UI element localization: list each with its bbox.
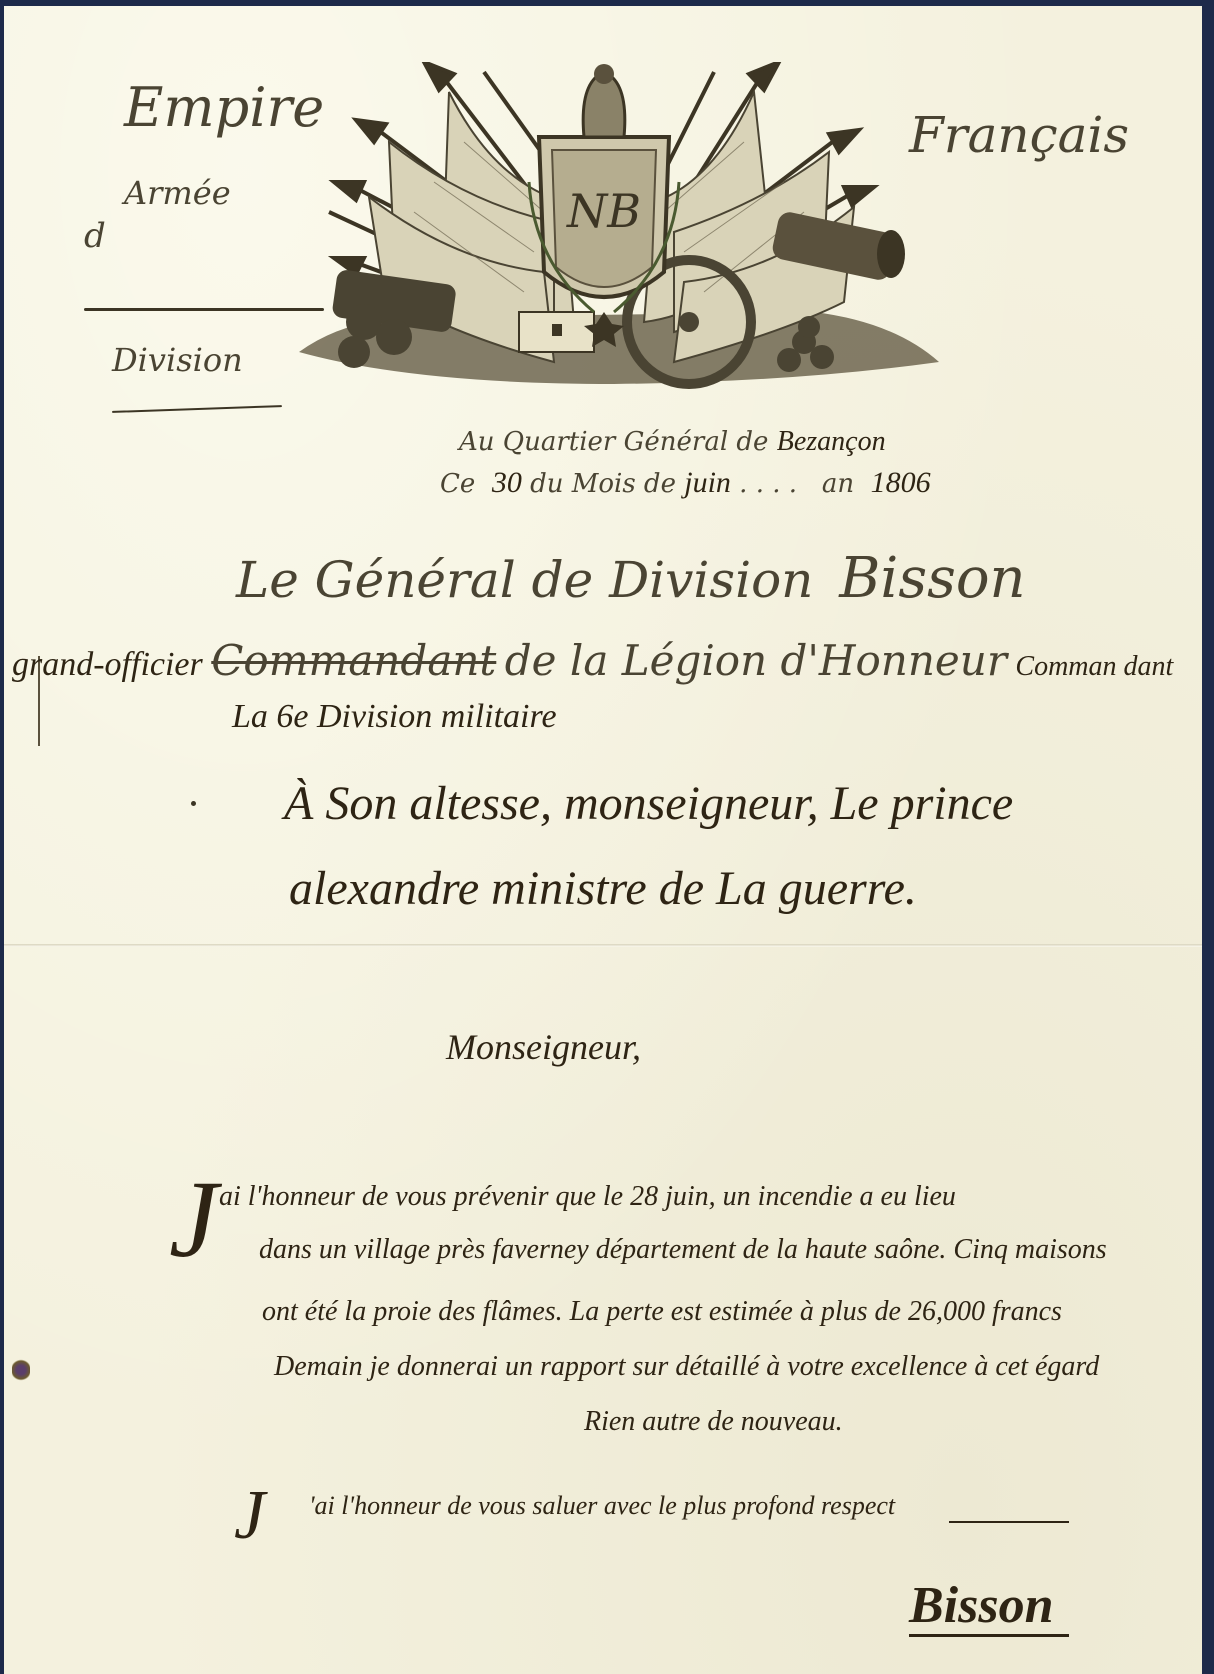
signature: Bisson xyxy=(909,1576,1054,1635)
date-line: Ce 30 du Mois de juin . . . . an 1806 xyxy=(440,466,931,500)
sender-name: Bisson xyxy=(839,546,1025,611)
closing-line: 'ai l'honneur de vous saluer avec le plu… xyxy=(309,1491,895,1521)
sender-title: Le Général de Division xyxy=(236,551,813,609)
date-dots: . . . . xyxy=(739,469,797,499)
headquarters-place: Bezançon xyxy=(777,426,886,457)
closing-initial: J xyxy=(234,1476,265,1556)
letterhead-division: Division xyxy=(112,341,243,379)
body-line: ai l'honneur de vous prévenir que le 28 … xyxy=(219,1181,956,1213)
sender-title-line: Le Général de Division Bisson xyxy=(236,546,1026,611)
letterhead-blank-rule xyxy=(84,308,324,311)
sender-grand-officier: grand-officier xyxy=(12,646,203,683)
letterhead-armee-d: d xyxy=(84,216,106,256)
date-year: 1806 xyxy=(871,466,931,499)
closing-flourish xyxy=(949,1521,1069,1523)
sender-struck-commandant: Commandant xyxy=(211,636,496,685)
ink-stain xyxy=(12,1358,30,1382)
date-prefix: Ce xyxy=(440,469,475,499)
paper-fold-line xyxy=(4,944,1202,947)
military-trophy-engraving-icon: NB xyxy=(294,62,944,392)
body-initial: J xyxy=(169,1156,218,1283)
body-line: Rien autre de nouveau. xyxy=(584,1406,843,1438)
letter-sheet: Empire Français Armée d Division xyxy=(4,6,1202,1674)
letterhead-division-flourish xyxy=(112,405,282,413)
body-line: ont été la proie des flâmes. La perte es… xyxy=(262,1296,1062,1328)
margin-dot xyxy=(191,801,196,806)
headquarters-line: Au Quartier Général de Bezançon xyxy=(459,426,886,458)
body-line: dans un village près faverney départemen… xyxy=(259,1234,1107,1266)
sender-rank-line: grand-officier Commandant de la Légion d… xyxy=(12,636,1173,685)
body-line: Demain je donnerai un rapport sur détail… xyxy=(274,1351,1099,1383)
signature-underline xyxy=(909,1634,1069,1637)
date-year-prefix: an xyxy=(822,469,854,499)
sender-commandant: Comman dant xyxy=(1015,651,1173,682)
addressee-line-1: À Son altesse, monseigneur, Le prince xyxy=(284,776,1013,831)
date-month-prefix: du Mois de xyxy=(530,469,676,499)
letterhead-armee: Armée xyxy=(124,174,231,212)
addressee-line-2: alexandre ministre de La guerre. xyxy=(289,861,917,916)
date-day: 30 xyxy=(492,466,522,499)
salutation: Monseigneur, xyxy=(446,1026,641,1068)
headquarters-label: Au Quartier Général de xyxy=(459,427,768,457)
sender-legion: de la Légion d'Honneur xyxy=(505,636,1007,685)
date-month: juin xyxy=(684,466,731,499)
sender-division-line: La 6e Division militaire xyxy=(232,698,557,736)
shield-monogram: NB xyxy=(566,184,641,238)
